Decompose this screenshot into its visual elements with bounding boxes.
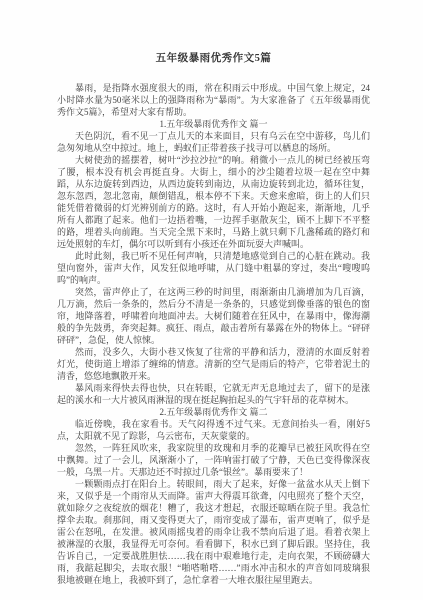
paragraph: 暴雨，是指降水强度很大的雨，常在积雨云中形成。中国气象上规定，24小时降水量为5…	[57, 82, 370, 118]
paragraph: 忽然，一阵狂风吹来，我家院里的玫瑰和月季的花瓣早已被狂风吹得在空中飘舞。过了一会…	[57, 442, 370, 478]
paragraph: 临近傍晚，我在家看书。天气闷得透不过气来。无意间抬头一看，刚好5点，太阳就不见了…	[57, 418, 370, 442]
document-body: 暴雨，是指降水强度很大的雨，常在积雨云中形成。中国气象上规定，24小时降水量为5…	[57, 82, 370, 586]
paragraph: 然而，没多久，大街小巷又恢复了往常的平静和活力，澄清的水面反射着灯光，使街道上增…	[57, 346, 370, 382]
paragraph: 此时此刻，我已听不见任何声响，只清楚地感觉到自己的心脏在跳动。我望向窗外，雷声大…	[57, 250, 370, 286]
document-page: 五年级暴雨优秀作文5篇 暴雨，是指降水强度很大的雨，常在积雨云中形成。中国气象上…	[0, 0, 423, 600]
paragraph: 暴风雨来得快去得也快，只在转眼，它就无声无息地过去了，留下的是涨起的溪水和一大片…	[57, 382, 370, 406]
section-heading: 1.五年级暴雨优秀作文 篇一	[57, 118, 370, 130]
section-heading: 2.五年级暴雨优秀作文 篇二	[57, 406, 370, 418]
paragraph: 一颗颗雨点打在阳台上。转眼间，雨大了起来，好像一盆盆水从天上倒下来，又似乎是一个…	[57, 478, 370, 586]
paragraph: 天色阴沉，看不见一丁点儿天的本来面目，只有乌云在空中游移，鸟儿们急匆匆地从空中掠…	[57, 130, 370, 154]
paragraph: 突然，雷声停止了，在这两三秒的时间里，雨渐渐由几滴增加为几百滴，几万滴，然后一条…	[57, 286, 370, 346]
paragraph: 大树使劲的摇摆着，树叶“沙拉沙拉”的响。稍微小一点儿的树已经被压弯了腰，根本没有…	[57, 154, 370, 250]
document-title: 五年级暴雨优秀作文5篇	[57, 50, 370, 65]
